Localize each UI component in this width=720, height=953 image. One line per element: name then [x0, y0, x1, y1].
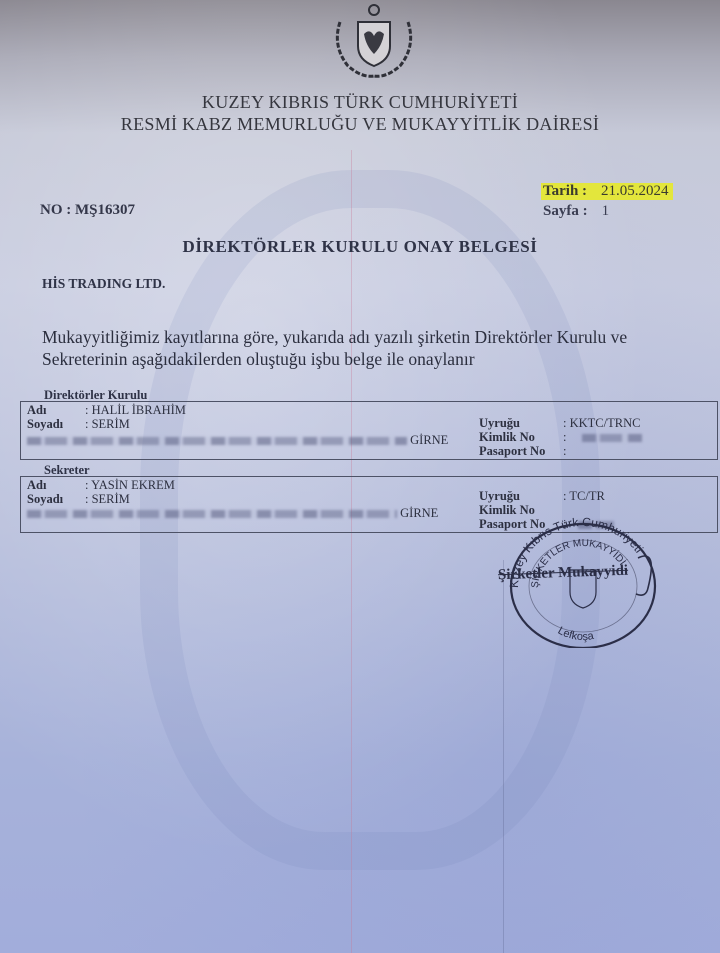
name-label: Adı [27, 478, 85, 493]
secretary-address-row: GİRNE [27, 506, 438, 521]
document-number-value: MŞ16307 [75, 202, 135, 218]
svg-text:Lefkoşa: Lefkoşa [556, 625, 596, 643]
director-nationality: : KKTC/TRNC [563, 416, 640, 430]
secretary-surname-row: Soyadı: SERİM [27, 492, 130, 507]
date-label: Tarih : [543, 183, 587, 199]
director-name-row: Adı: HALİL İBRAHİM [27, 403, 186, 418]
header-office: RESMİ KABZ MEMURLUĞU VE MUKAYYİTLİK DAİR… [0, 114, 720, 135]
surname-label: Soyadı [27, 492, 85, 507]
secretary-surname: : SERİM [85, 492, 130, 506]
date-value: 21.05.2024 [601, 183, 669, 199]
page-value: 1 [602, 203, 610, 219]
nationality-label: Uyruğu [479, 416, 563, 431]
redacted-address [27, 510, 397, 518]
stamp-bottom-text: Lefkoşa [556, 625, 596, 643]
director-passport-row: Pasaport No: [479, 444, 566, 459]
document-date: Tarih :21.05.2024 [541, 183, 673, 200]
name-label: Adı [27, 403, 85, 418]
director-name: : HALİL İBRAHİM [85, 403, 186, 417]
director-city: GİRNE [410, 433, 448, 447]
passport-label: Pasaport No [479, 444, 563, 459]
directors-box: Adı: HALİL İBRAHİM Soyadı: SERİM GİRNE U… [20, 401, 718, 460]
redacted-id [582, 434, 642, 442]
secretary-name-row: Adı: YASİN EKREM [27, 478, 175, 493]
director-address-row: GİRNE [27, 433, 448, 448]
redacted-address [27, 437, 407, 445]
trnc-coat-of-arms-icon [326, 2, 422, 80]
document-number-label: NO : [40, 202, 71, 218]
director-nationality-row: Uyruğu: KKTC/TRNC [479, 416, 640, 431]
document-number: NO : MŞ16307 [40, 202, 135, 219]
secretary-nationality-row: Uyruğu: TC/TR [479, 489, 605, 504]
director-surname: : SERİM [85, 417, 130, 431]
director-surname-row: Soyadı: SERİM [27, 417, 130, 432]
id-label: Kimlik No [479, 430, 563, 445]
company-name: HİS TRADING LTD. [42, 276, 165, 292]
secretary-name: : YASİN EKREM [85, 478, 175, 492]
secretary-nationality: : TC/TR [563, 489, 605, 503]
document-title: DİREKTÖRLER KURULU ONAY BELGESİ [0, 237, 720, 257]
nationality-label: Uyruğu [479, 489, 563, 504]
page-number: Sayfa :1 [543, 203, 609, 220]
header-country: KUZEY KIBRIS TÜRK CUMHURİYETİ [0, 92, 720, 113]
director-passport: : [563, 444, 566, 458]
fold-line [351, 150, 352, 953]
page-label: Sayfa : [543, 203, 588, 219]
secretary-city: GİRNE [400, 506, 438, 520]
certification-text: Mukayyitliğimiz kayıtlarına göre, yukarı… [42, 326, 692, 370]
director-id-row: Kimlik No: [479, 430, 642, 445]
surname-label: Soyadı [27, 417, 85, 432]
director-id: : [563, 430, 566, 444]
